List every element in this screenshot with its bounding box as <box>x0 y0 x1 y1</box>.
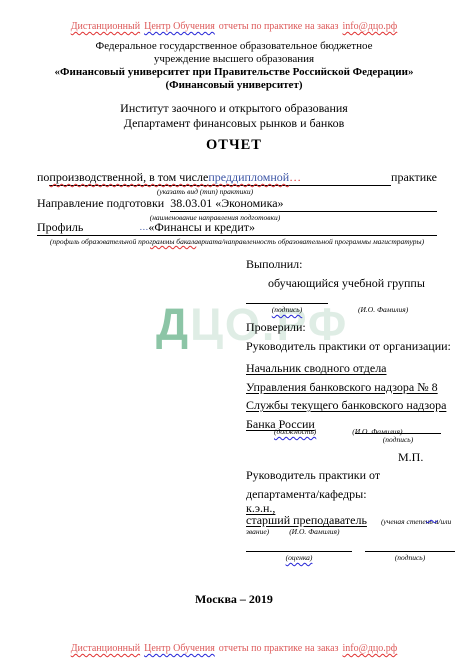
caption-degree-2: звание) <box>246 527 269 536</box>
profile-line: Профиль … «Финансы и кредит» <box>37 220 437 236</box>
stamp-placeholder: М.П. <box>398 450 423 465</box>
promo-word3: отчеты по практике на заказ <box>219 643 339 654</box>
revision-dots: … <box>289 170 301 184</box>
profile-label: Профиль <box>37 220 83 236</box>
institute-name: Институт заочного и открытого образовани… <box>0 101 468 116</box>
practice-type-line: по производственной, в том числе преддип… <box>37 170 437 186</box>
signature-captions: (подпись) (И.О. Фамилия) <box>246 305 458 314</box>
profile-gap <box>83 220 139 236</box>
direction-line: Направление подготовки 38.03.01 «Экономи… <box>37 196 437 212</box>
direction-label: Направление подготовки <box>37 196 164 212</box>
practice-inserted-text: преддипломной <box>208 170 289 184</box>
signature-group: (подпись) <box>365 541 455 562</box>
practice-prefix: по <box>37 170 49 186</box>
university-header: Федеральное государственное образователь… <box>0 40 468 92</box>
degree-position-row: старший преподаватель (ученая степень и/… <box>246 513 451 528</box>
promo-word2: Центр Обучения <box>144 21 215 32</box>
city-year: Москва – 2019 <box>0 592 468 607</box>
department-name: Департамент финансовых рынков и банков <box>0 116 468 131</box>
org-supervisor-label: Руководитель практики от организации: <box>246 339 451 354</box>
grade-blank-line <box>246 541 352 552</box>
caption-signature: (подпись) <box>355 435 441 444</box>
org-signature-row: (подпись) <box>355 423 441 444</box>
grade-group: (оценка) <box>246 541 352 562</box>
practice-suffix: практике <box>391 170 437 186</box>
university-name: «Финансовый университет при Правительств… <box>0 66 468 79</box>
caption-name: (И.О. Фамилия) <box>358 305 408 314</box>
checked-label: Проверили: <box>246 320 306 335</box>
grade-signature-row: (оценка) (подпись) <box>246 541 455 562</box>
practice-type-block: по производственной, в том числе преддип… <box>37 170 437 196</box>
watermark-letter: Д <box>156 299 190 350</box>
university-line-2: учреждение высшего образования <box>0 53 468 66</box>
practice-kind: производственной, в том числе <box>49 170 208 186</box>
practice-caption: (указать вид (тип) практики) <box>115 187 295 196</box>
degree-captions-row: звание) (И.О. Фамилия) <box>246 527 339 536</box>
student-group-line: обучающийся учебной группы <box>268 276 425 291</box>
university-short-name: (Финансовый университет) <box>0 79 468 92</box>
report-title: ОТЧЕТ <box>0 137 468 154</box>
institute-header: Институт заочного и открытого образовани… <box>0 101 468 130</box>
spellcheck-squiggle-blue <box>426 512 438 520</box>
caption-name: (И.О. Фамилия) <box>289 527 339 536</box>
direction-blank-line <box>284 196 437 212</box>
promo-email-link[interactable]: info@дцо.рф <box>343 643 398 654</box>
promo-word2: Центр Обучения <box>144 643 215 654</box>
caption-signature: (подпись) <box>246 305 328 314</box>
signature-captions: (подпись) <box>355 435 441 444</box>
org-position-line-3: Службы текущего банковского надзора <box>246 396 446 415</box>
signature-blank-line <box>365 541 455 552</box>
signature-blank-line <box>246 293 328 304</box>
practice-blank-line <box>301 170 391 186</box>
direction-block: Направление подготовки 38.03.01 «Экономи… <box>37 196 437 222</box>
org-position-line-1: Начальник сводного отдела <box>246 359 446 378</box>
student-signature-row: (подпись) (И.О. Фамилия) <box>246 293 458 314</box>
dept-supervisor-label: Руководитель практики от департамента/ка… <box>246 466 380 504</box>
org-position-line-2: Управления банковского надзора № 8 <box>246 378 446 397</box>
degree-position: старший преподаватель <box>246 513 367 528</box>
practice-inserted: преддипломной… <box>208 170 301 186</box>
practice-kind-text: производственной, в том числе <box>49 170 208 184</box>
promo-footer: ДистанционныйЦентр Обученияотчеты по пра… <box>0 643 468 654</box>
profile-caption: (профиль образовательной программы бакал… <box>37 237 437 246</box>
profile-value: «Финансы и кредит» <box>148 220 255 236</box>
dept-supervisor-line-1: Руководитель практики от <box>246 466 380 485</box>
document-page: ДЦО.РФ ДистанционныйЦентр Обученияотчеты… <box>0 0 468 668</box>
university-line-1: Федеральное государственное образователь… <box>0 40 468 53</box>
profile-block: Профиль … «Финансы и кредит» (профиль об… <box>37 220 437 246</box>
org-position-block: Начальник сводного отдела Управления бан… <box>246 359 446 433</box>
direction-value: 38.03.01 «Экономика» <box>170 196 283 212</box>
revision-dots: … <box>139 220 148 236</box>
caption-grade: (оценка) <box>246 553 352 562</box>
promo-word3: отчеты по практике на заказ <box>219 21 339 32</box>
promo-word1: Дистанционный <box>71 643 140 654</box>
promo-email-link[interactable]: info@дцо.рф <box>343 21 398 32</box>
caption-degree-1: (ученая степень и/или <box>381 517 451 526</box>
profile-blank-line <box>255 220 437 236</box>
caption-position: (должность) <box>274 427 316 436</box>
spellcheck-squiggle-red <box>150 238 196 246</box>
signature-blank-line <box>355 423 441 434</box>
promo-word1: Дистанционный <box>71 21 140 32</box>
performed-label: Выполнил: <box>246 257 302 272</box>
promo-header: ДистанционныйЦентр Обученияотчеты по пра… <box>0 21 468 32</box>
caption-signature: (подпись) <box>365 553 455 562</box>
